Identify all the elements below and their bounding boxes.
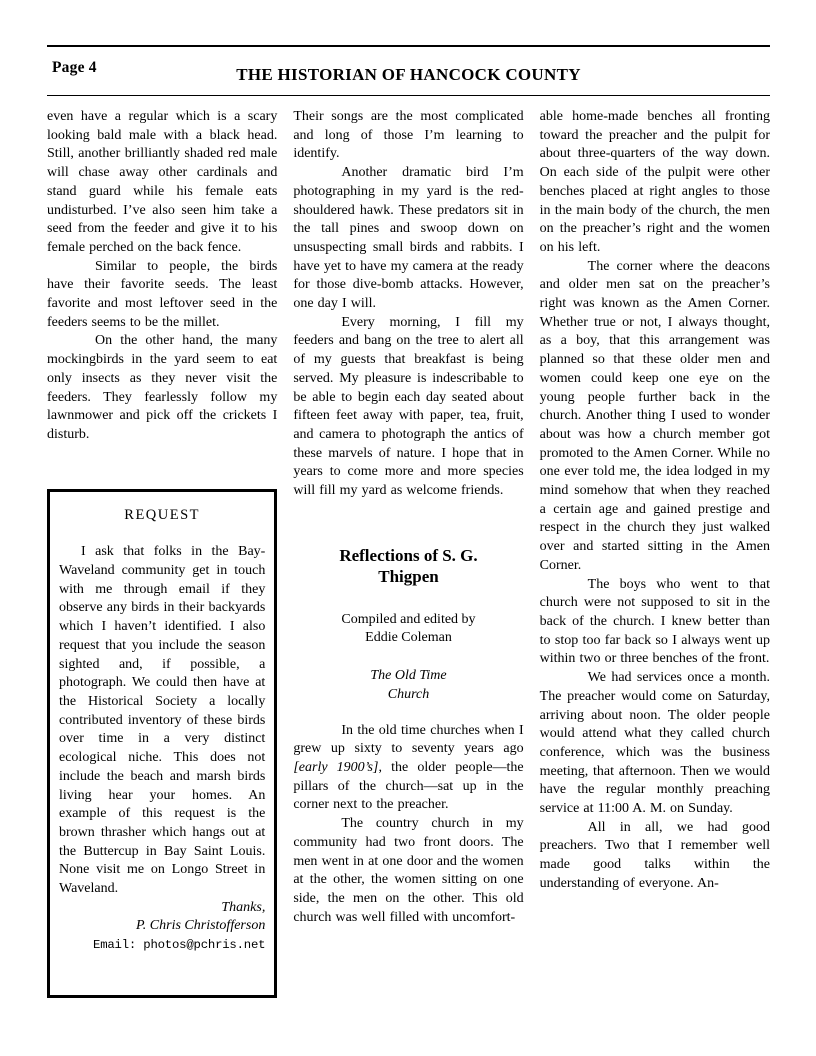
article-columns: even have a regular which is a scary loo… [47,108,770,998]
request-title: REQUEST [59,506,265,525]
signature-email: Email: photos@pchris.net [59,936,265,955]
paragraph: The boys who went to that church were no… [540,576,770,670]
article-byline-line: Eddie Coleman [293,629,523,648]
article-heading: Reflections of S. G. Thigpen [293,545,523,588]
column-1: even have a regular which is a scary loo… [47,108,277,998]
article-subtitle-line: Church [293,686,523,705]
page-header: Page 4 THE HISTORIAN OF HANCOCK COUNTY [47,47,770,95]
column-2: Their songs are the most complicated and… [293,108,523,998]
paragraph: The corner where the deacons and older m… [540,258,770,576]
paragraph: In the old time churches when I grew up … [293,722,523,816]
paragraph: On the other hand, the many mockingbirds… [47,332,277,444]
newsletter-page: Page 4 THE HISTORIAN OF HANCOCK COUNTY e… [0,0,816,1056]
article-subtitle-line: The Old Time [293,667,523,686]
paragraph: able home-made benches all fronting towa… [540,108,770,258]
paragraph-text: In the old time churches when I grew up … [293,723,523,757]
newsletter-title: THE HISTORIAN OF HANCOCK COUNTY [47,47,770,85]
paragraph: Similar to people, the birds have their … [47,258,277,333]
paragraph: even have a regular which is a scary loo… [47,108,277,258]
article-heading-line: Thigpen [293,566,523,588]
paragraph: Every morning, I fill my feeders and ban… [293,314,523,501]
paragraph: All in all, we had good preachers. Two t… [540,819,770,894]
paragraph: We had services once a month. The preach… [540,669,770,819]
header-bottom-rule [47,95,770,96]
signature-name: P. Chris Christofferson [59,917,265,936]
date-note: [early 1900’s] [293,760,378,775]
signature-thanks: Thanks, [59,899,265,918]
paragraph: Their songs are the most complicated and… [293,108,523,164]
request-box: REQUEST I ask that folks in the Bay-Wave… [47,489,277,998]
article-byline: Compiled and edited by Eddie Coleman [293,611,523,648]
paragraph: The country church in my community had t… [293,815,523,927]
article-subtitle: The Old Time Church [293,667,523,704]
paragraph: Another dramatic bird I’m photographing … [293,164,523,314]
article-byline-line: Compiled and edited by [293,611,523,630]
page-number: Page 4 [52,59,97,77]
request-body: I ask that folks in the Bay-Waveland com… [59,543,265,898]
column-3: able home-made benches all fronting towa… [540,108,770,998]
article-heading-line: Reflections of S. G. [293,545,523,567]
